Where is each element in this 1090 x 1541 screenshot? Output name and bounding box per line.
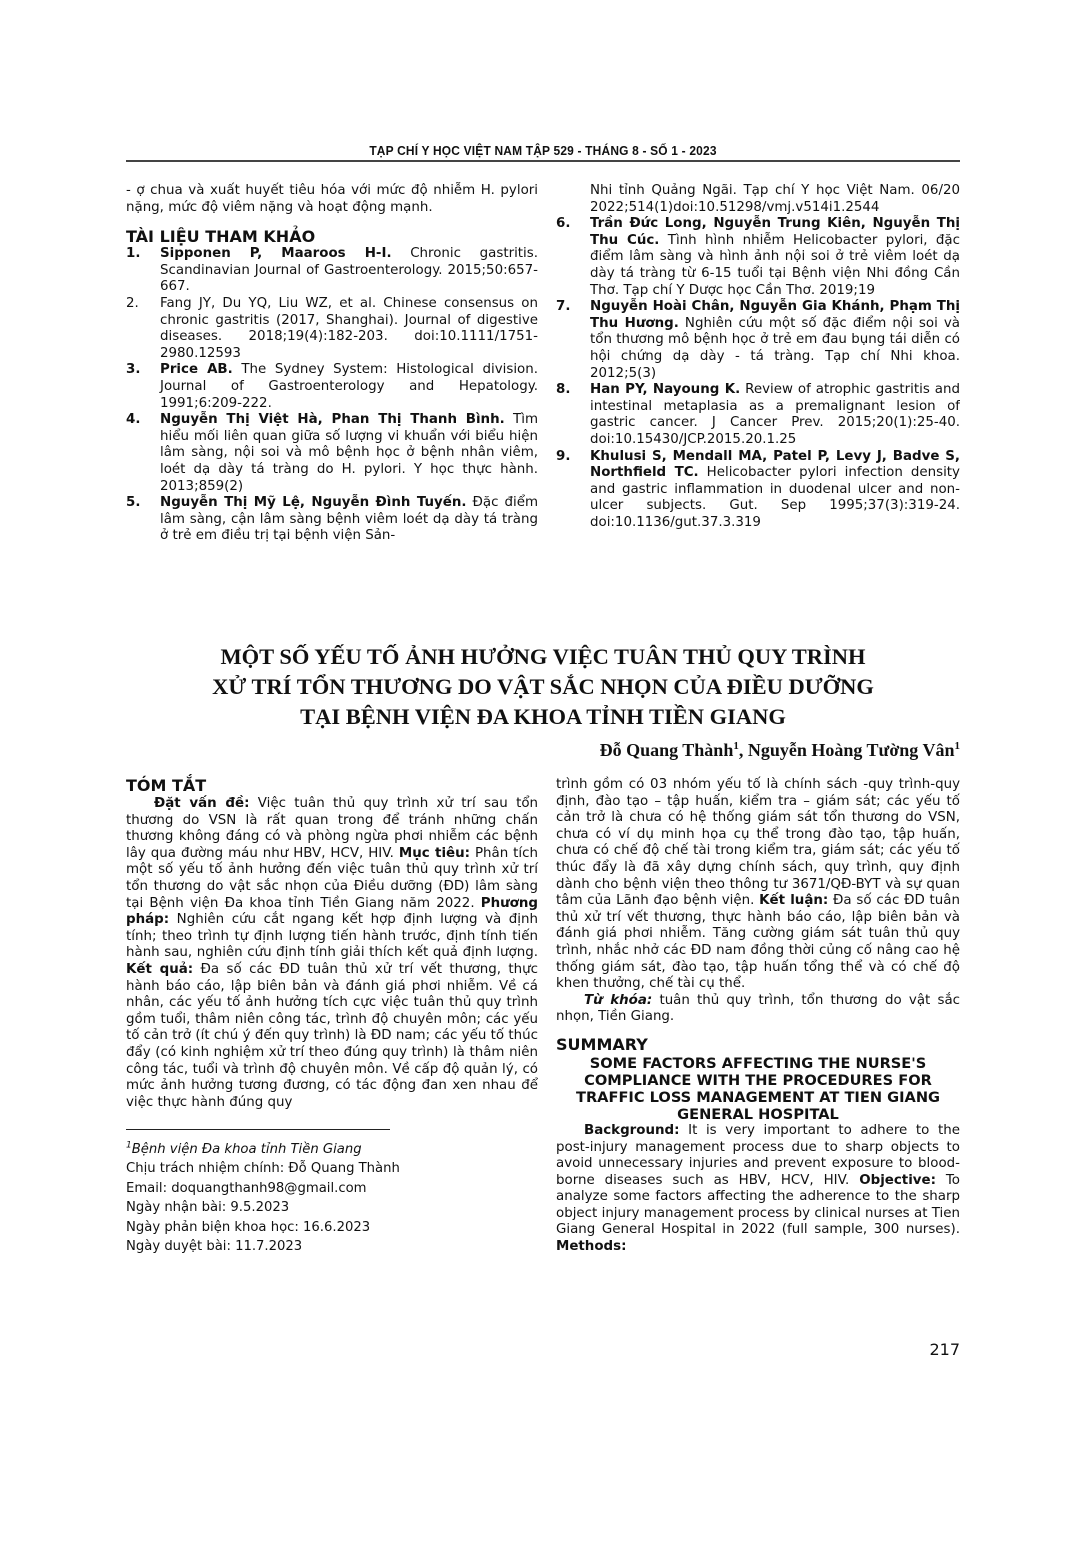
reference-item: 4. Nguyễn Thị Việt Hà, Phan Thị Thanh Bì… bbox=[126, 412, 538, 495]
label-en-objective: Objective: bbox=[859, 1173, 936, 1188]
summary-heading: SUMMARY bbox=[556, 1035, 960, 1055]
references-heading: TÀI LIỆU THAM KHẢO bbox=[126, 228, 538, 246]
results-text: Đa số các ĐD tuân thủ xử trí vết thương,… bbox=[126, 962, 538, 1110]
received-date: Ngày nhận bài: 9.5.2023 bbox=[126, 1198, 538, 1218]
article-title: MỘT SỐ YẾU TỐ ẢNH HƯỞNG VIỆC TUÂN THỦ QU… bbox=[126, 642, 960, 732]
abstract-en-paragraph: Background: It is very important to adhe… bbox=[556, 1123, 960, 1256]
accepted-date: Ngày duyệt bài: 11.7.2023 bbox=[126, 1237, 538, 1257]
methods-text: Nghiên cứu cắt ngang kết hợp định lượng … bbox=[126, 912, 538, 960]
reference-number: 3. bbox=[126, 362, 160, 412]
reference-number: 6. bbox=[556, 216, 590, 299]
email[interactable]: Email: doquangthanh98@gmail.com bbox=[126, 1179, 538, 1199]
reference-authors: Price AB. bbox=[160, 362, 233, 377]
affiliation-text: Bệnh viện Đa khoa tỉnh Tiền Giang bbox=[132, 1142, 362, 1157]
summary-title: SOME FACTORS AFFECTING THE NURSE'S COMPL… bbox=[556, 1055, 960, 1123]
author-affiliation-mark: 1 bbox=[955, 740, 961, 752]
abstract-heading: TÓM TẮT bbox=[126, 776, 538, 796]
label-background: Đặt vấn đề: bbox=[154, 796, 249, 811]
label-keywords: Từ khóa: bbox=[584, 993, 652, 1008]
reference-number: 5. bbox=[126, 495, 160, 545]
reference-authors: Han PY, Nayoung K. bbox=[590, 382, 740, 397]
footnotes: 1Bệnh viện Đa khoa tỉnh Tiền Giang Chịu … bbox=[126, 1136, 538, 1256]
label-objective: Mục tiêu: bbox=[399, 846, 470, 861]
reference-item: 2. Fang JY, Du YQ, Liu WZ, et al. Chines… bbox=[126, 296, 538, 362]
author-affiliation-mark: 1 bbox=[733, 740, 739, 752]
prev-article-left-column: - ợ chua và xuất huyết tiêu hóa với mức … bbox=[126, 183, 538, 545]
label-conclusion: Kết luận: bbox=[759, 893, 828, 908]
prev-article-closing-text: - ợ chua và xuất huyết tiêu hóa với mức … bbox=[126, 183, 538, 216]
reference-text: Fang JY, Du YQ, Liu WZ, et al. Chinese c… bbox=[160, 296, 538, 361]
abstract-right-column: trình gồm có 03 nhóm yếu tố là chính sác… bbox=[556, 777, 960, 1256]
reference-item: 3. Price AB. The Sydney System: Histolog… bbox=[126, 362, 538, 412]
reference-number: 8. bbox=[556, 382, 590, 448]
reference-item: 6. Trần Đức Long, Nguyễn Trung Kiên, Ngu… bbox=[556, 216, 960, 299]
abstract-vi-continuation: trình gồm có 03 nhóm yếu tố là chính sác… bbox=[556, 777, 960, 993]
reference-authors: Nguyễn Thị Mỹ Lệ, Nguyễn Đình Tuyến. bbox=[160, 495, 466, 510]
affiliation-footnote: 1Bệnh viện Đa khoa tỉnh Tiền Giang bbox=[126, 1136, 538, 1159]
reference-item: 8. Han PY, Nayoung K. Review of atrophic… bbox=[556, 382, 960, 448]
reference-item: 7. Nguyễn Hoài Chân, Nguyễn Gia Khánh, P… bbox=[556, 299, 960, 382]
footnote-rule bbox=[126, 1129, 390, 1130]
reference-number: 9. bbox=[556, 449, 590, 532]
page-number: 217 bbox=[929, 1340, 960, 1359]
reference-item: 5. Nguyễn Thị Mỹ Lệ, Nguyễn Đình Tuyến. … bbox=[126, 495, 538, 545]
reference-authors: Sipponen P, Maaroos H-I. bbox=[160, 246, 392, 261]
label-en-methods: Methods: bbox=[556, 1239, 626, 1254]
article-authors: Đỗ Quang Thành1, Nguyễn Hoàng Tường Vân1 bbox=[600, 740, 960, 761]
results-text-cont: trình gồm có 03 nhóm yếu tố là chính sác… bbox=[556, 777, 960, 908]
reference-authors: Nguyễn Thị Việt Hà, Phan Thị Thanh Bình. bbox=[160, 412, 505, 427]
reference-number: 2. bbox=[126, 296, 160, 362]
label-results: Kết quả: bbox=[126, 962, 193, 977]
reference-number: 4. bbox=[126, 412, 160, 495]
reference-item: 1. Sipponen P, Maaroos H-I. Chronic gast… bbox=[126, 246, 538, 296]
title-line: XỬ TRÍ TỔN THƯƠNG DO VẬT SẮC NHỌN CỦA ĐI… bbox=[126, 672, 960, 702]
title-line: MỘT SỐ YẾU TỐ ẢNH HƯỞNG VIỆC TUÂN THỦ QU… bbox=[126, 642, 960, 672]
keywords: Từ khóa: tuân thủ quy trình, tổn thương … bbox=[556, 993, 960, 1026]
running-head: TẠP CHÍ Y HỌC VIỆT NAM TẬP 529 - THÁNG 8… bbox=[159, 143, 926, 158]
author-name: Nguyễn Hoàng Tường Vân bbox=[748, 740, 955, 760]
abstract-left-column: TÓM TẮT Đặt vấn đề: Việc tuân thủ quy tr… bbox=[126, 776, 538, 1257]
author-name: Đỗ Quang Thành bbox=[600, 740, 734, 760]
responsible-author: Chịu trách nhiệm chính: Đỗ Quang Thành bbox=[126, 1159, 538, 1179]
prev-article-right-column: Nhi tỉnh Quảng Ngãi. Tạp chí Y học Việt … bbox=[556, 183, 960, 563]
label-en-background: Background: bbox=[584, 1123, 679, 1138]
reference-item: 9. Khulusi S, Mendall MA, Patel P, Levy … bbox=[556, 449, 960, 532]
title-line: TẠI BỆNH VIỆN ĐA KHOA TỈNH TIỀN GIANG bbox=[126, 702, 960, 732]
header-rule bbox=[126, 160, 960, 162]
reviewed-date: Ngày phản biện khoa học: 16.6.2023 bbox=[126, 1218, 538, 1238]
reference-5-continuation: Nhi tỉnh Quảng Ngãi. Tạp chí Y học Việt … bbox=[556, 183, 960, 216]
abstract-vi-paragraph: Đặt vấn đề: Việc tuân thủ quy trình xử t… bbox=[126, 796, 538, 1111]
reference-number: 1. bbox=[126, 246, 160, 296]
reference-number: 7. bbox=[556, 299, 590, 382]
